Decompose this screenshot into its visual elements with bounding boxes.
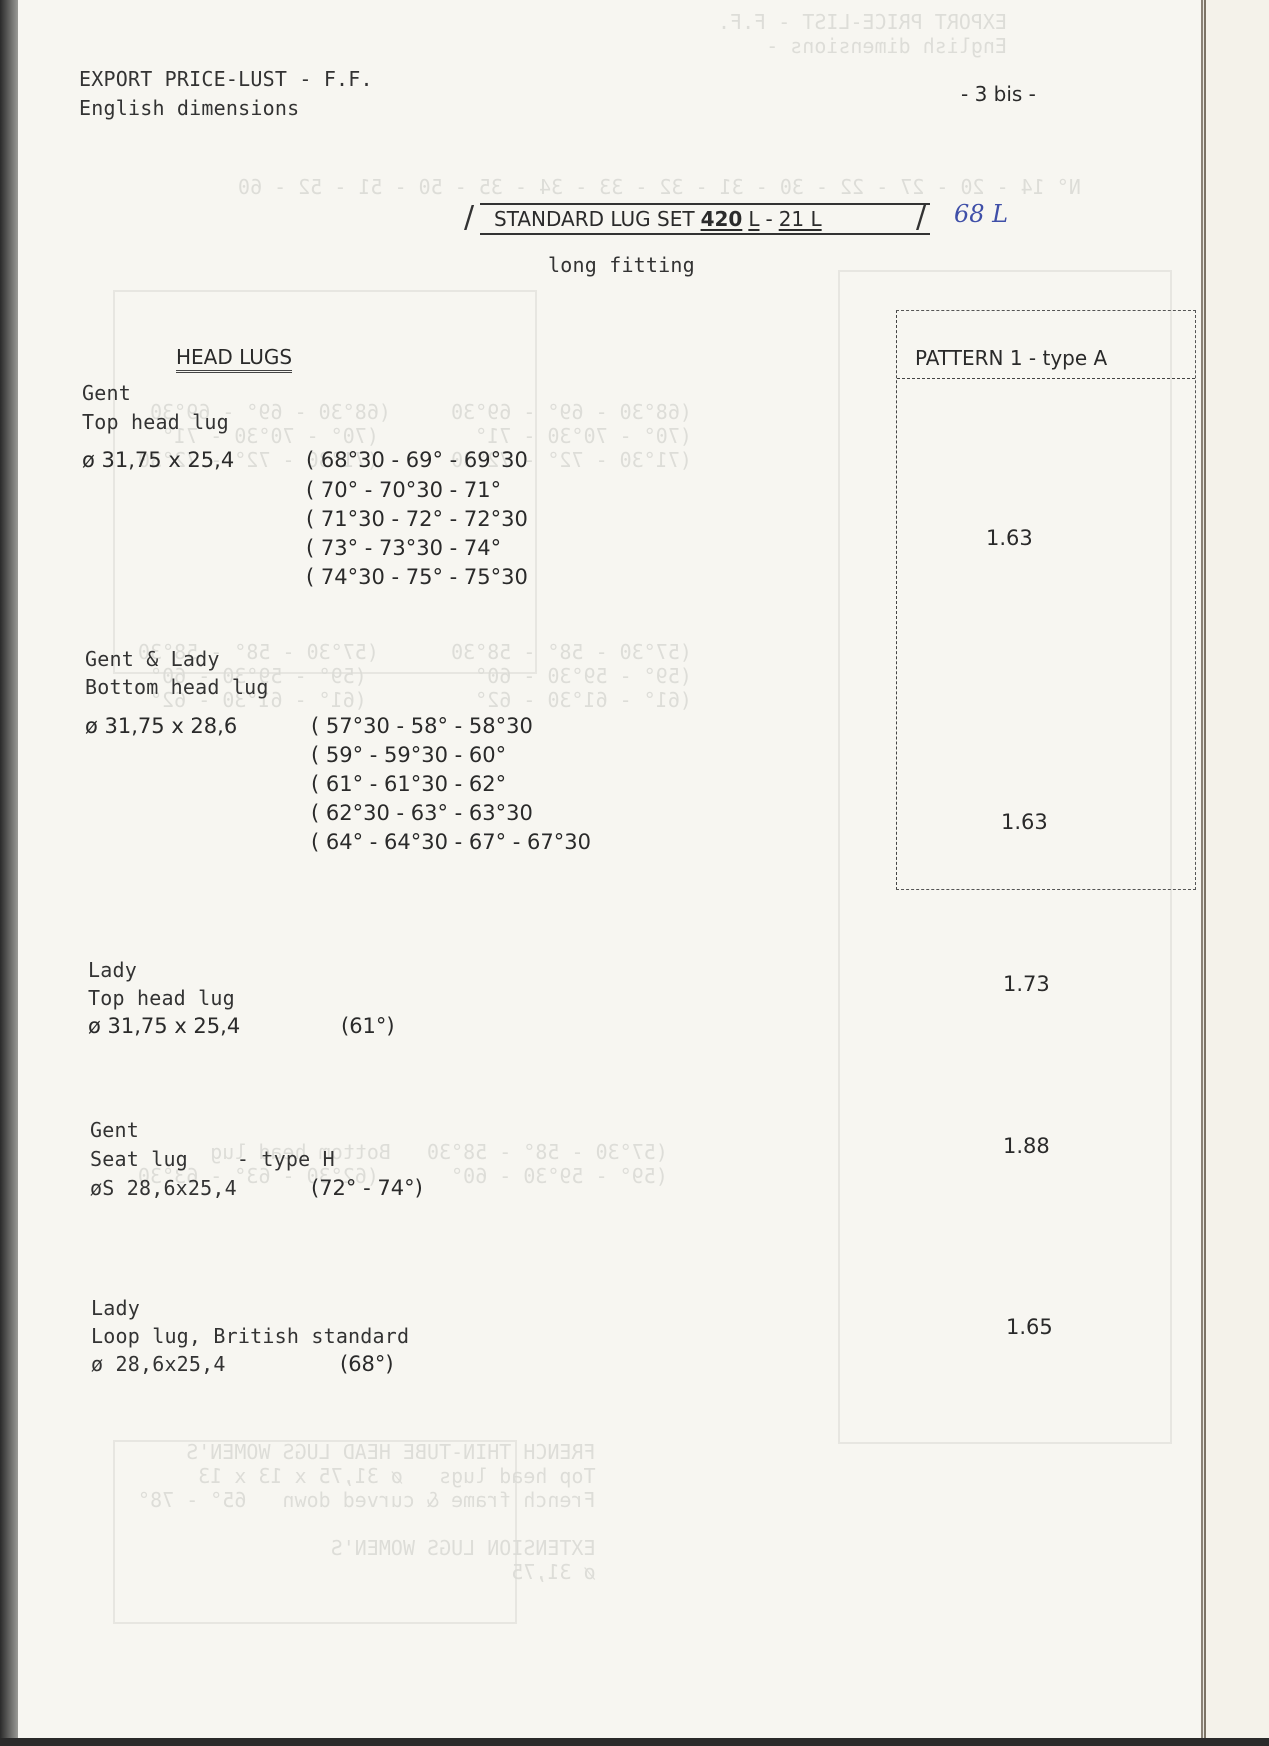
fitting-subtitle: long fitting	[548, 253, 695, 277]
document-subtitle: English dimensions	[79, 96, 299, 120]
bleed-through-text: EXPORT PRICE-LIST - F.F. English dimensi…	[718, 10, 1007, 58]
lug-set-prefix: STANDARD LUG SET	[494, 207, 695, 231]
item-category: Lady	[91, 1296, 140, 1320]
item-name: Top head lug	[88, 986, 235, 1010]
angle-row: ( 70° - 70°30 - 71°	[306, 478, 501, 502]
lug-set-title: STANDARD LUG SET 420 L - 21 L	[480, 203, 930, 235]
item-dimension: ø 31,75 x 25,4	[82, 448, 234, 472]
angle-row: ( 71°30 - 72° - 72°30	[306, 507, 528, 531]
document-page: EXPORT PRICE-LIST - F.F. English dimensi…	[18, 0, 1203, 1740]
scan-bottom-edge	[0, 1738, 1269, 1746]
pattern-column-header: PATTERN 1 - type A	[897, 311, 1195, 379]
item-category: Gent & Lady	[85, 647, 220, 671]
page-number: - 3 bis -	[961, 82, 1036, 106]
bleed-through-table	[113, 1440, 517, 1624]
item-name: Bottom head lug	[85, 675, 269, 699]
angle-row: (68°)	[340, 1352, 394, 1376]
angle-row: (72° - 74°)	[311, 1176, 423, 1200]
lug-set-suffix-b: 21 L	[779, 207, 822, 231]
angle-row: ( 59° - 59°30 - 60°	[311, 743, 506, 767]
title-slash-left: /	[464, 200, 474, 235]
item-name: Loop lug, British standard	[91, 1324, 409, 1348]
angle-row: (61°)	[341, 1014, 395, 1038]
item-category: Lady	[88, 958, 137, 982]
item-dimension: øS 28,6x25,4	[90, 1176, 237, 1200]
angle-row: ( 68°30 - 69° - 69°30	[306, 448, 528, 472]
item-price: 1.65	[1006, 1315, 1053, 1339]
item-price: 1.88	[1003, 1134, 1050, 1158]
section-heading: HEAD LUGS	[176, 345, 292, 373]
angle-row: ( 62°30 - 63° - 63°30	[311, 801, 533, 825]
handwritten-note: 68 L	[954, 200, 1008, 228]
item-dimension: ø 31,75 x 25,4	[88, 1014, 240, 1038]
title-slash-right: /	[916, 200, 926, 235]
item-category: Gent	[82, 381, 131, 405]
angle-row: ( 64° - 64°30 - 67° - 67°30	[311, 830, 591, 854]
angle-row: ( 74°30 - 75° - 75°30	[306, 565, 528, 589]
item-price: 1.63	[1001, 810, 1048, 834]
item-name: Top head lug	[82, 410, 229, 434]
angle-row: ( 73° - 73°30 - 74°	[306, 536, 501, 560]
lug-set-suffix-a: L	[748, 207, 759, 231]
item-dimension: ø 28,6x25,4	[91, 1352, 226, 1376]
scan-left-edge	[0, 0, 18, 1746]
angle-row: ( 61° - 61°30 - 62°	[311, 772, 506, 796]
item-name: Seat lug - type H	[90, 1147, 335, 1171]
document-title: EXPORT PRICE-LUST - F.F.	[79, 67, 373, 91]
angle-row: ( 57°30 - 58° - 58°30	[311, 714, 533, 738]
item-category: Gent	[90, 1118, 139, 1142]
item-dimension: ø 31,75 x 28,6	[85, 714, 237, 738]
bleed-through-text: N° 14 - 20 - 27 - 22 - 30 - 31 - 32 - 33…	[238, 175, 1081, 199]
item-price: 1.63	[986, 526, 1033, 550]
adjacent-page-edge	[1204, 0, 1269, 1746]
pattern-header-label: PATTERN 1 - type A	[915, 346, 1107, 370]
lug-set-code: 420	[701, 207, 743, 231]
lug-set-dash: -	[765, 207, 772, 231]
item-price: 1.73	[1003, 972, 1050, 996]
pattern-column-box: PATTERN 1 - type A	[896, 310, 1196, 890]
